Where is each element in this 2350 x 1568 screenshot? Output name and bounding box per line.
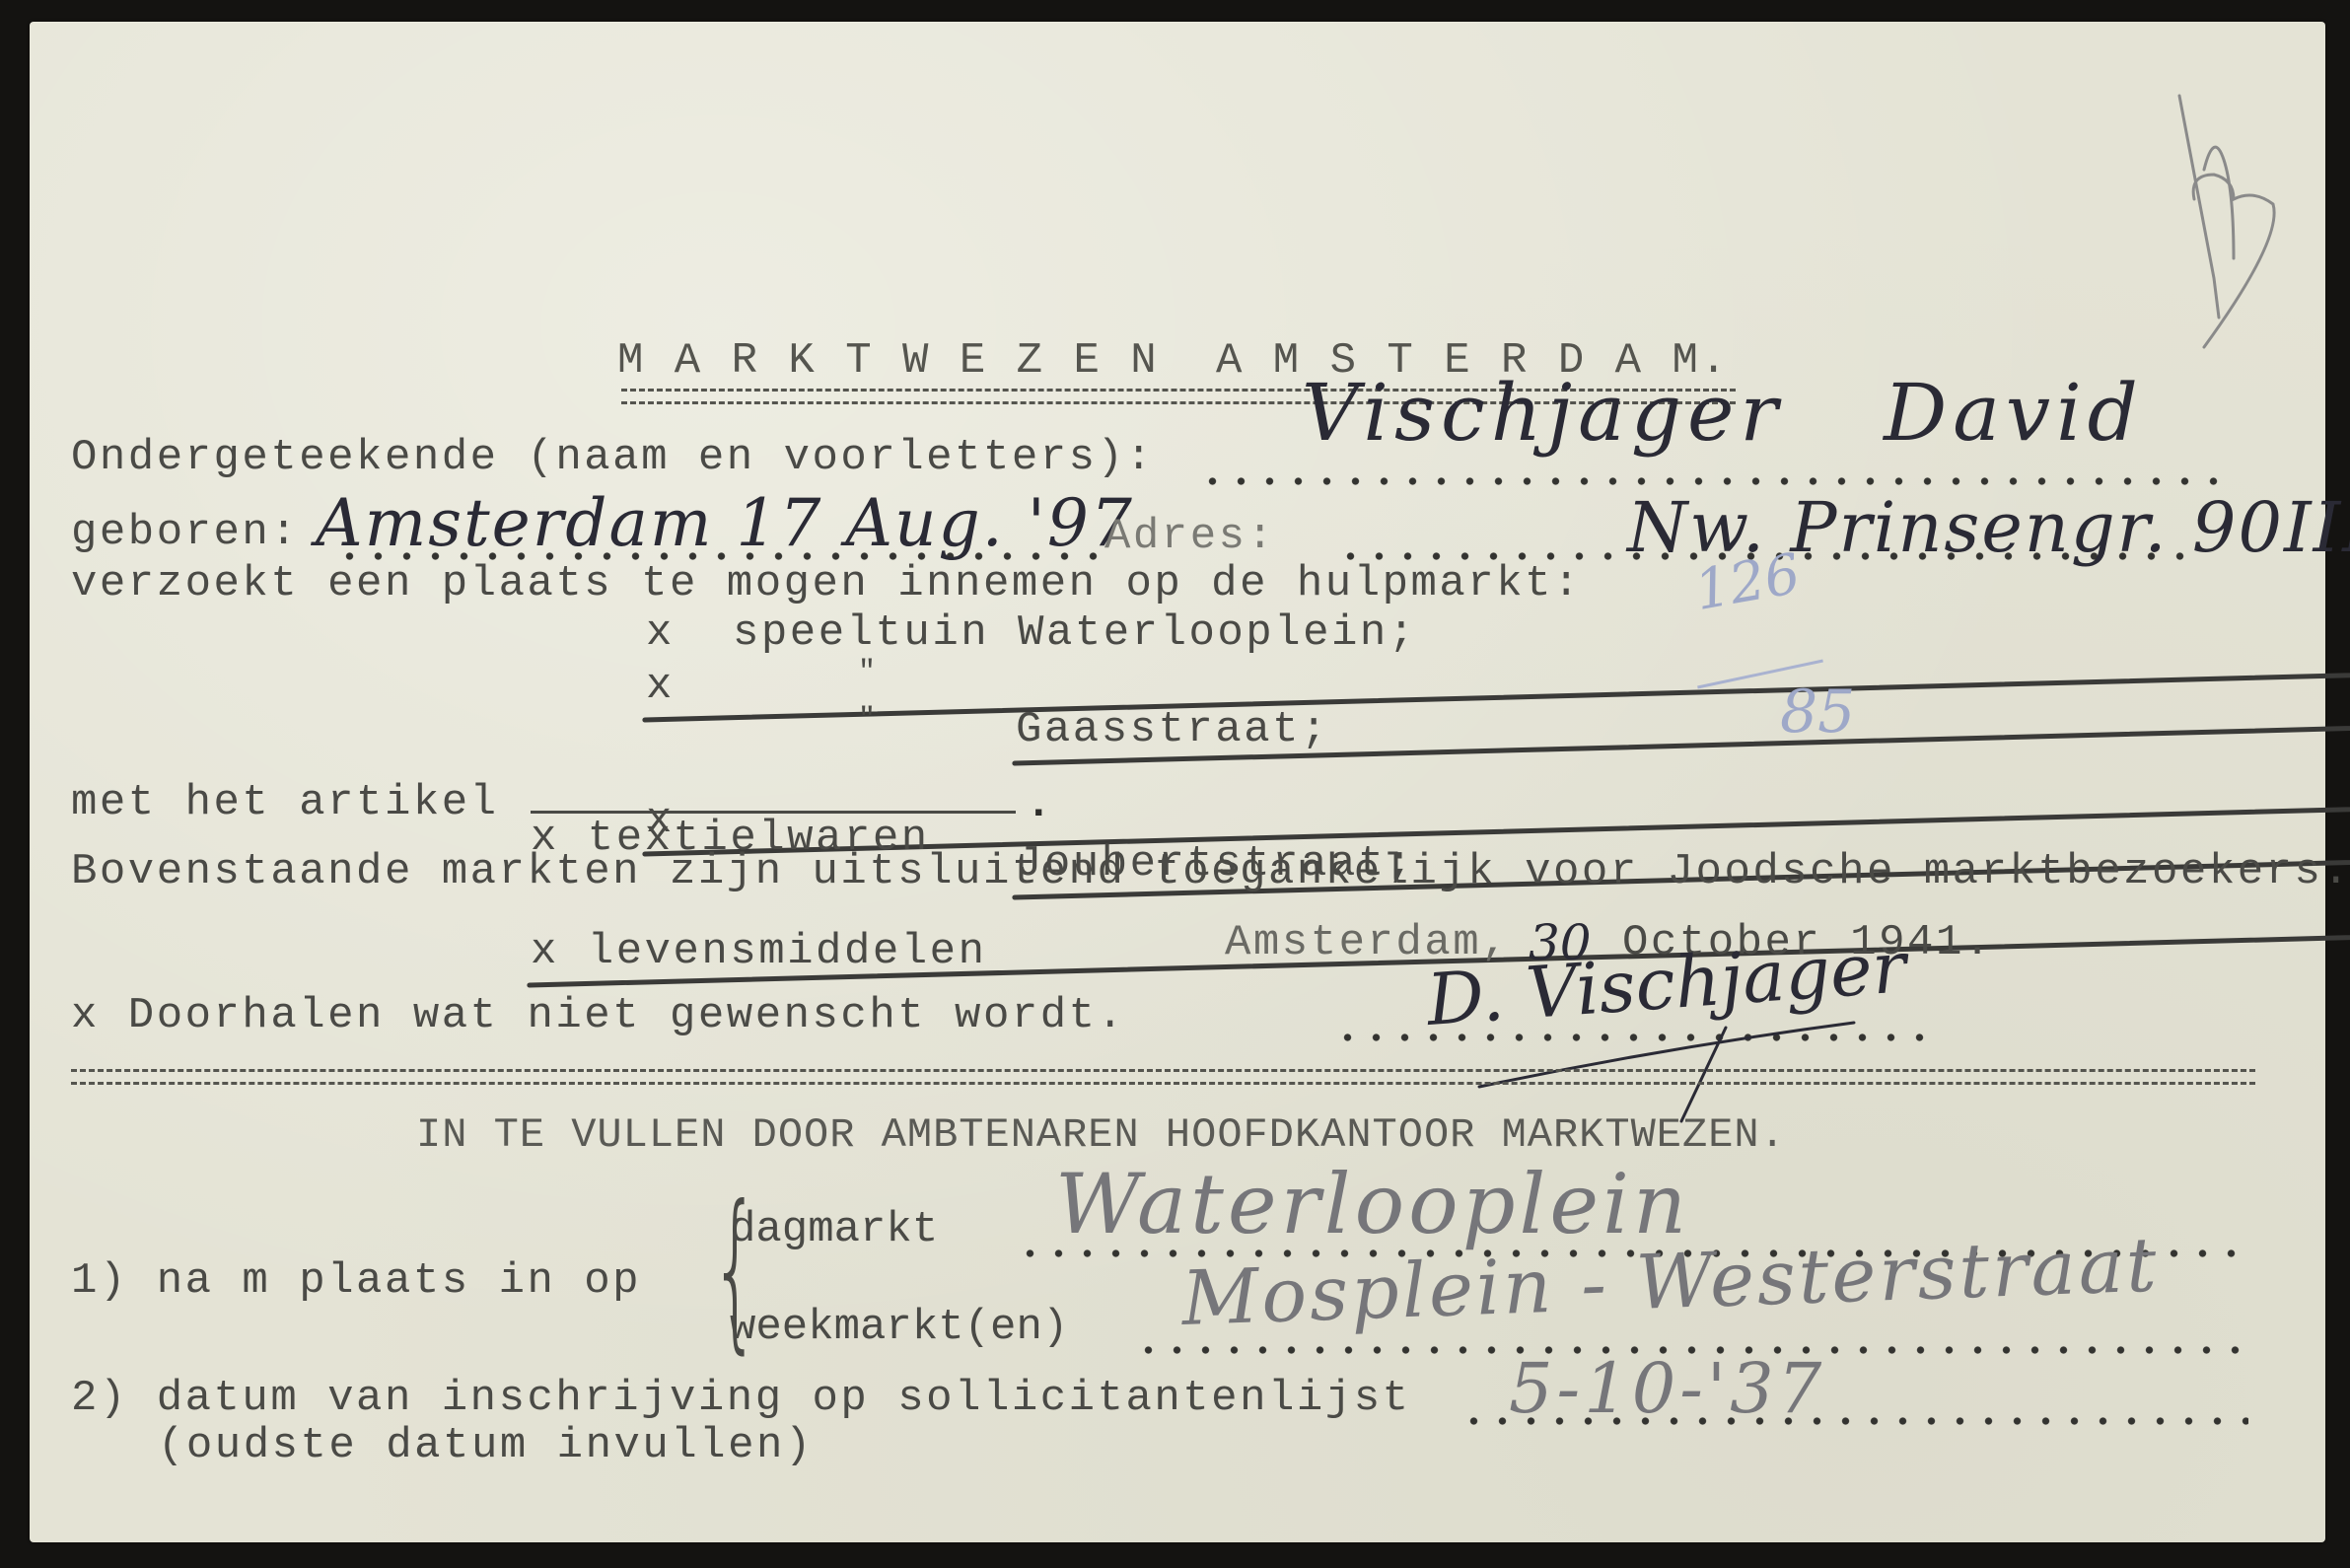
blue-pencil-annotation-bottom: 85 — [1780, 677, 1855, 747]
market-name-text: Gaasstraat; — [1016, 705, 1329, 754]
item2-label: 2) datum van inschrijving op sollicitant… — [71, 1377, 1411, 1420]
born-value-handwritten: Amsterdam 17 Aug. '97 — [316, 485, 1134, 561]
article-period: . — [1026, 783, 1054, 826]
signature-flourish-icon — [1469, 1008, 1884, 1126]
registration-date-handwritten: 5-10-'37 — [1509, 1348, 1825, 1429]
market-ditto-mark: " — [858, 705, 879, 735]
born-label: geboren: — [71, 511, 299, 554]
weekmarket-label: weekmarkt(en) — [730, 1306, 1068, 1349]
applicant-name-handwritten: Vischjager David — [1302, 367, 2144, 459]
section-separator — [71, 1069, 2255, 1085]
official-section-heading: IN TE VULLEN DOOR AMBTENAREN HOOFDKANTOO… — [416, 1114, 1786, 1156]
market-option-name-struck: Gaasstraat; — [1016, 708, 2350, 751]
daymarket-value-handwritten: Waterlooplein — [1055, 1156, 1690, 1252]
market-application-card: M A R K T W E Z E N A M S T E R D A M. O… — [30, 22, 2325, 1542]
market-option-name: speeltuin Waterlooplein; — [733, 611, 1417, 655]
applicant-label: Ondergeteekende (naam en voorletters): — [71, 436, 1154, 479]
address-label: Adres: — [1104, 515, 1275, 558]
article-label: met het artikel — [71, 781, 499, 824]
item1-label: 1) na m plaats in op — [71, 1259, 641, 1303]
item2-note: (oudste datum invullen) — [158, 1424, 814, 1467]
market-option-list: x speeltuin Waterlooplein; x " Gaasstraa… — [30, 22, 2325, 195]
request-text: verzoekt een plaats te mogen innemen op … — [71, 562, 1582, 606]
jewish-market-notice: Bovenstaande markten zijn uitsluitend to… — [71, 850, 2350, 893]
daymarket-label: dagmarkt — [730, 1208, 938, 1251]
marker-text: x — [646, 662, 675, 711]
market-ditto-mark: " — [858, 658, 879, 687]
strike-instruction: x Doorhalen wat niet gewenscht wordt. — [71, 994, 1125, 1037]
market-option-marker-struck: x — [646, 665, 2350, 708]
market-option-marker: x — [646, 611, 675, 655]
applicant-dotted-line — [1198, 477, 2224, 485]
pencil-check-mark-icon — [2174, 81, 2293, 367]
article-text: x levensmiddelen — [531, 927, 986, 976]
